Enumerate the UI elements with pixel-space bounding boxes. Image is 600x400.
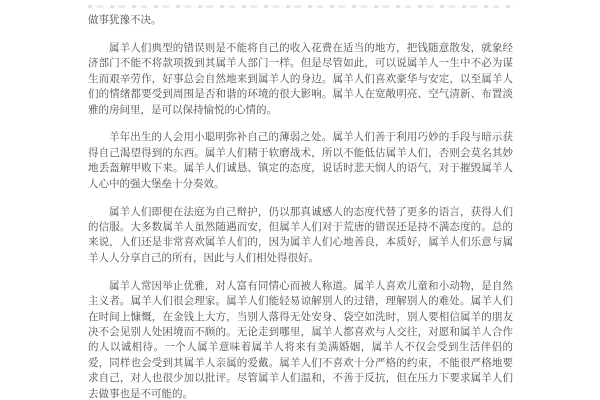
paragraph: 属羊人们典型的错误则是不能将自己的收入花费在适当的地方，把钱随意散发，就象经济部…	[88, 41, 513, 118]
paragraph: 羊年出生的人会用小聪明弥补自己的薄弱之处。属羊人们善于利用巧妙的手段与暗示获得自…	[88, 130, 513, 192]
paragraph-tail: 做事犹豫不决。	[88, 13, 513, 28]
paragraph: 属羊人常因举止优雅，对人富有同情心而被人称道。属羊人喜欢儿童和小动物，是自然主义…	[88, 279, 513, 400]
paragraph: 属羊人们即便在法庭为自己辩护，仍以那真诚感人的态度代替了更多的语言，获得人们的信…	[88, 205, 513, 267]
cutoff-line-fragment	[88, 5, 513, 8]
document-page: 做事犹豫不决。 属羊人们典型的错误则是不能将自己的收入花费在适当的地方，把钱随意…	[0, 0, 600, 400]
